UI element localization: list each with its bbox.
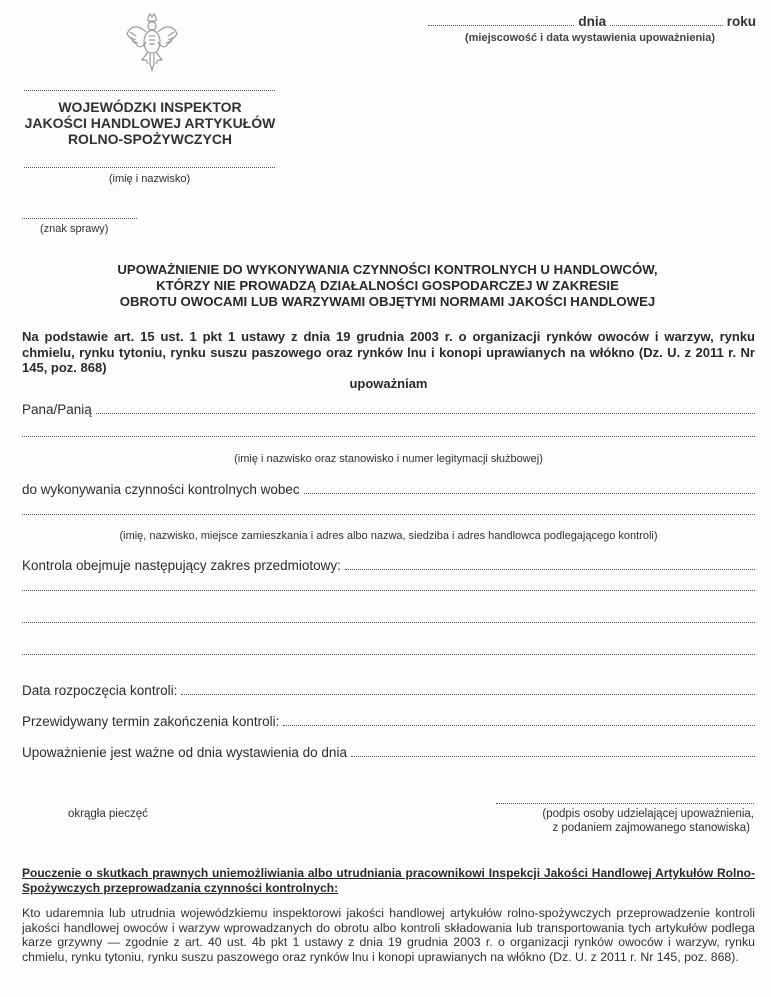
dnia-label: dnia: [574, 14, 610, 29]
start-date-row: Data rozpoczęcia kontroli:: [22, 683, 755, 698]
place-date-caption: (miejscowość i data wystawienia upoważni…: [440, 32, 740, 44]
inspector-name-caption: (imię i nazwisko): [24, 173, 275, 185]
title-line-2: KTÓRZY NIE PROWADZĄ DZIAŁALNOŚCI GOSPODA…: [20, 278, 755, 294]
person-field[interactable]: [96, 413, 755, 414]
target-row: do wykonywania czynności kontrolnych wob…: [22, 482, 755, 497]
target-label: do wykonywania czynności kontrolnych wob…: [22, 482, 304, 497]
start-date-field[interactable]: [181, 694, 755, 695]
end-date-label: Przewidywany termin zakończenia kontroli…: [22, 714, 283, 729]
title-line-1: UPOWAŻNIENIE DO WYKONYWANIA CZYNNOŚCI KO…: [20, 262, 755, 278]
start-date-label: Data rozpoczęcia kontroli:: [22, 683, 181, 698]
signature-caption: (podpis osoby udzielającej upoważnienia,…: [496, 807, 754, 835]
signature-caption-line-2: z podaniem zajmowanego stanowiska): [496, 821, 754, 835]
person-label: Pana/Panią: [22, 402, 96, 417]
authorize-word: upoważniam: [22, 376, 755, 391]
legal-basis: Na podstawie art. 15 ust. 1 pkt 1 ustawy…: [22, 329, 755, 376]
scope-field-4[interactable]: [22, 654, 755, 655]
signature-field[interactable]: [496, 803, 754, 804]
document-title: UPOWAŻNIENIE DO WYKONYWANIA CZYNNOŚCI KO…: [20, 262, 755, 310]
target-row-2: [22, 514, 755, 518]
issuer-top-dotted-line: [24, 90, 275, 91]
person-row: Pana/Panią: [22, 402, 755, 417]
notice-heading: Pouczenie o skutkach prawnych uniemożliw…: [22, 866, 755, 895]
signature-caption-line-1: (podpis osoby udzielającej upoważnienia,: [496, 807, 754, 821]
valid-until-field[interactable]: [351, 756, 755, 757]
title-line-3: OBROTU OWOCAMI LUB WARZYWAMI OBJĘTYMI NO…: [20, 294, 755, 310]
date-field[interactable]: [610, 25, 723, 26]
place-date-line: dnia roku: [428, 14, 756, 29]
person-row-2: [22, 436, 755, 440]
place-field[interactable]: [428, 25, 574, 26]
scope-row-3: [22, 622, 755, 626]
scope-row: Kontrola obejmuje następujący zakres prz…: [22, 558, 755, 573]
end-date-field[interactable]: [283, 725, 755, 726]
target-field-2[interactable]: [22, 514, 755, 515]
case-number-caption: (znak sprawy): [40, 223, 108, 235]
roku-label: roku: [723, 14, 756, 29]
scope-field-2[interactable]: [22, 590, 755, 591]
person-caption: (imię i nazwisko oraz stanowisko i numer…: [22, 453, 755, 465]
inspector-name-field[interactable]: [24, 167, 275, 168]
issuer-title: WOJEWÓDZKI INSPEKTOR JAKOŚCI HANDLOWEJ A…: [20, 99, 280, 147]
scope-label: Kontrola obejmuje następujący zakres prz…: [22, 558, 345, 573]
seal-label: okrągła pieczęć: [68, 808, 148, 820]
scope-row-2: [22, 590, 755, 594]
end-date-row: Przewidywany termin zakończenia kontroli…: [22, 714, 755, 729]
case-number-field[interactable]: [22, 218, 137, 219]
scope-field[interactable]: [345, 569, 755, 570]
scope-field-3[interactable]: [22, 622, 755, 623]
issuer-line-1: WOJEWÓDZKI INSPEKTOR: [20, 99, 280, 115]
target-field[interactable]: [304, 493, 755, 494]
polish-eagle-emblem-icon: [124, 12, 180, 72]
scope-row-4: [22, 654, 755, 658]
target-caption: (imię, nazwisko, miejsce zamieszkania i …: [22, 530, 755, 542]
person-field-2[interactable]: [22, 436, 755, 437]
notice-body: Kto udaremnia lub utrudnia wojewódzkiemu…: [22, 906, 755, 964]
valid-until-label: Upoważnienie jest ważne od dnia wystawie…: [22, 745, 351, 760]
issuer-line-3: ROLNO-SPOŻYWCZYCH: [20, 131, 280, 147]
issuer-line-2: JAKOŚCI HANDLOWEJ ARTYKUŁÓW: [20, 115, 280, 131]
valid-until-row: Upoważnienie jest ważne od dnia wystawie…: [22, 745, 755, 760]
